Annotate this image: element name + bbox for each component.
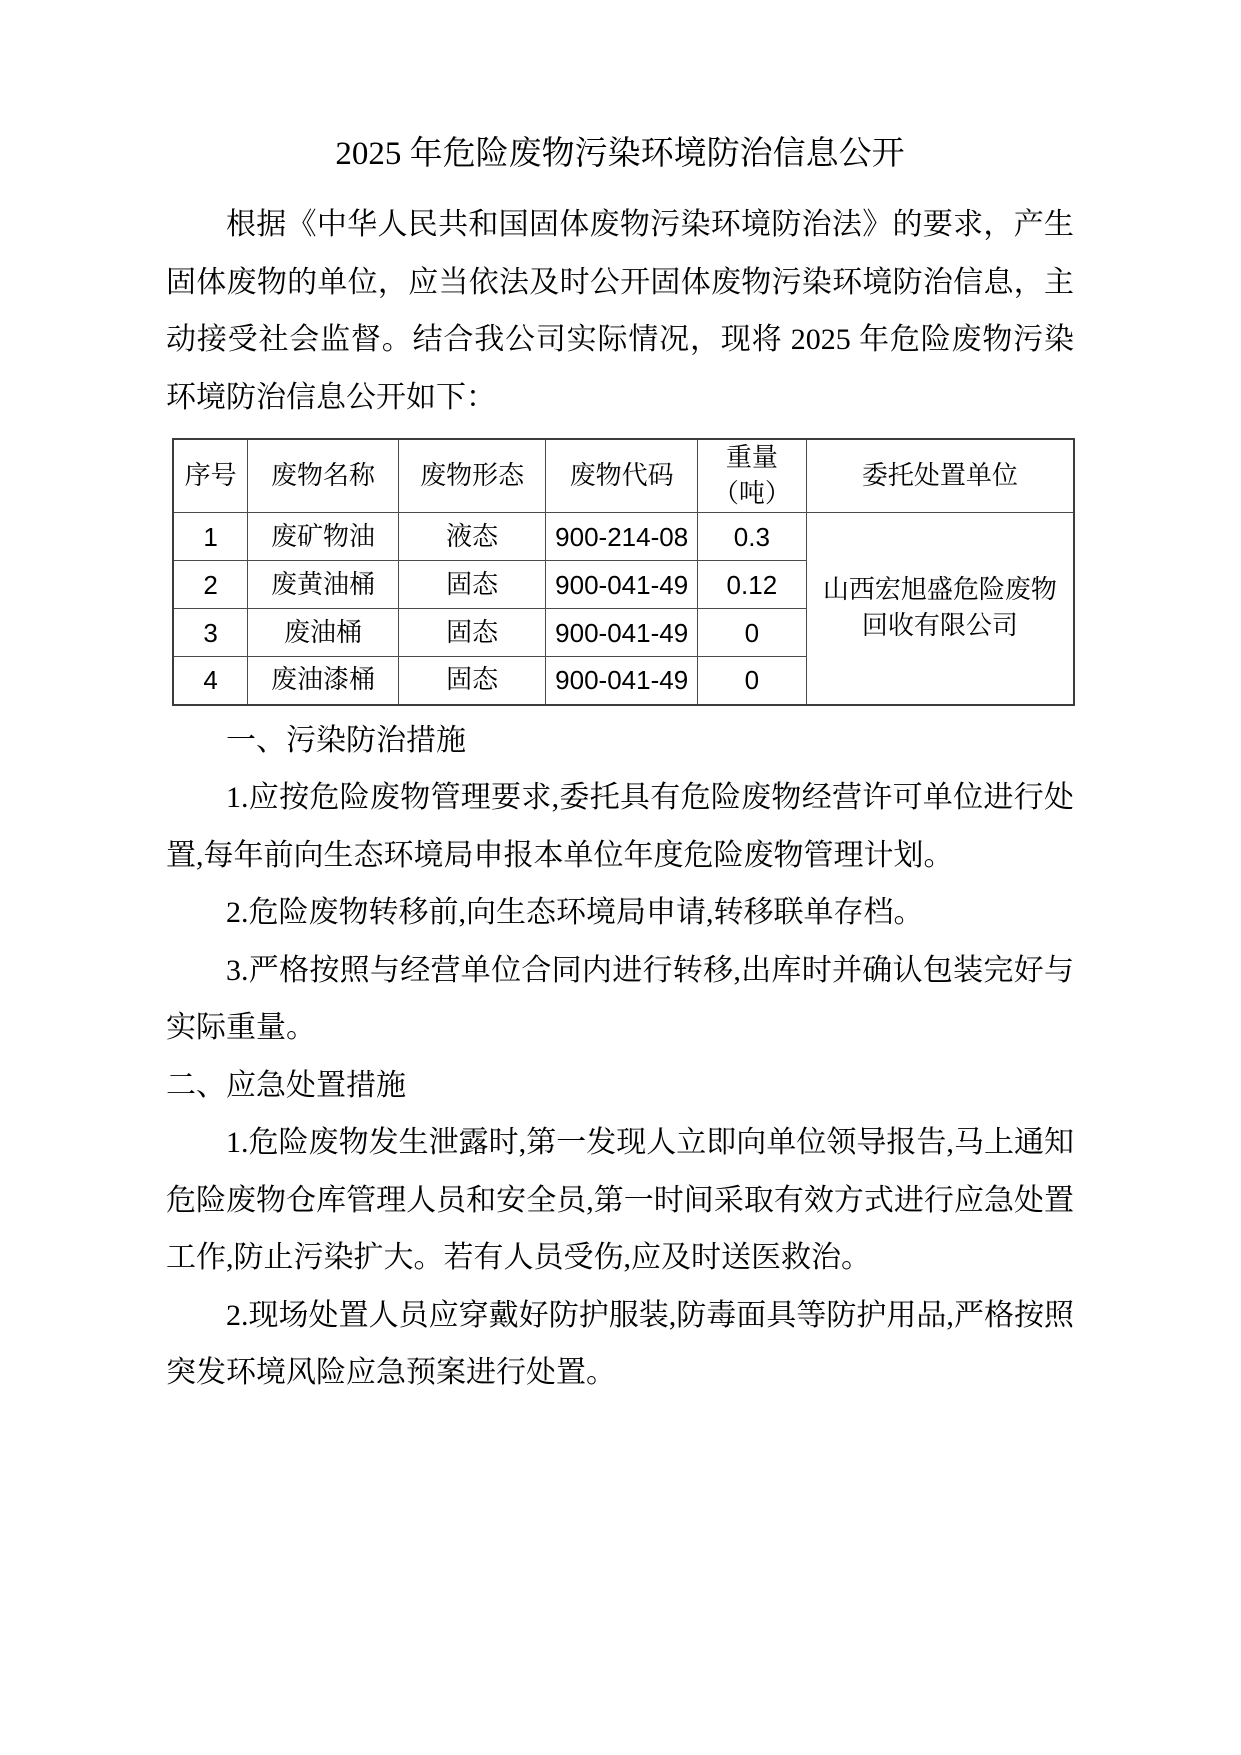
section1-heading: 一、污染防治措施: [166, 712, 1074, 770]
header-index: 序号: [173, 439, 248, 513]
cell-waste-code: 900-214-08: [546, 513, 697, 561]
cell-weight: 0: [697, 609, 806, 657]
section1-item-2: 2.危险废物转移前,向生态环境局申请,转移联单存档。: [166, 884, 1074, 942]
cell-disposal-unit: 山西宏旭盛危险废物回收有限公司: [806, 513, 1074, 705]
section2-item-1: 1.危险废物发生泄露时,第一发现人立即向单位领导报告,马上通知危险废物仓库管理人…: [166, 1114, 1074, 1287]
cell-waste-form: 固态: [398, 657, 546, 705]
cell-waste-form: 液态: [398, 513, 546, 561]
document-content: 2025 年危险废物污染环境防治信息公开 根据《中华人民共和国固体废物污染环境防…: [166, 0, 1074, 1402]
cell-weight: 0: [697, 657, 806, 705]
document-page: 2025 年危险废物污染环境防治信息公开 根据《中华人民共和国固体废物污染环境防…: [0, 0, 1241, 1755]
section2-heading: 二、应急处置措施: [166, 1057, 1074, 1115]
cell-index: 2: [173, 561, 248, 609]
cell-waste-name: 废油桶: [248, 609, 398, 657]
cell-waste-code: 900-041-49: [546, 561, 697, 609]
header-waste-form: 废物形态: [398, 439, 546, 513]
header-disposal-unit: 委托处置单位: [806, 439, 1074, 513]
section1-item-3: 3.严格按照与经营单位合同内进行转移,出库时并确认包装完好与实际重量。: [166, 942, 1074, 1057]
cell-index: 1: [173, 513, 248, 561]
cell-weight: 0.3: [697, 513, 806, 561]
cell-waste-code: 900-041-49: [546, 657, 697, 705]
header-weight: 重量 （吨）: [697, 439, 806, 513]
table-header-row: 序号 废物名称 废物形态 废物代码 重量 （吨） 委托处置单位: [173, 439, 1074, 513]
cell-index: 3: [173, 609, 248, 657]
header-waste-code: 废物代码: [546, 439, 697, 513]
hazardous-waste-table: 序号 废物名称 废物形态 废物代码 重量 （吨） 委托处置单位 1 废矿物油 液…: [172, 438, 1075, 706]
section2-item-2: 2.现场处置人员应穿戴好防护服装,防毒面具等防护用品,严格按照突发环境风险应急预…: [166, 1287, 1074, 1402]
cell-waste-name: 废油漆桶: [248, 657, 398, 705]
document-title: 2025 年危险废物污染环境防治信息公开: [166, 130, 1074, 178]
section1-item-1: 1.应按危险废物管理要求,委托具有危险废物经营许可单位进行处置,每年前向生态环境…: [166, 769, 1074, 884]
cell-waste-name: 废黄油桶: [248, 561, 398, 609]
cell-waste-name: 废矿物油: [248, 513, 398, 561]
header-waste-name: 废物名称: [248, 439, 398, 513]
cell-index: 4: [173, 657, 248, 705]
cell-weight: 0.12: [697, 561, 806, 609]
cell-waste-form: 固态: [398, 561, 546, 609]
cell-waste-form: 固态: [398, 609, 546, 657]
cell-waste-code: 900-041-49: [546, 609, 697, 657]
table-row: 1 废矿物油 液态 900-214-08 0.3 山西宏旭盛危险废物回收有限公司: [173, 513, 1074, 561]
intro-paragraph: 根据《中华人民共和国固体废物污染环境防治法》的要求，产生固体废物的单位，应当依法…: [166, 196, 1074, 426]
